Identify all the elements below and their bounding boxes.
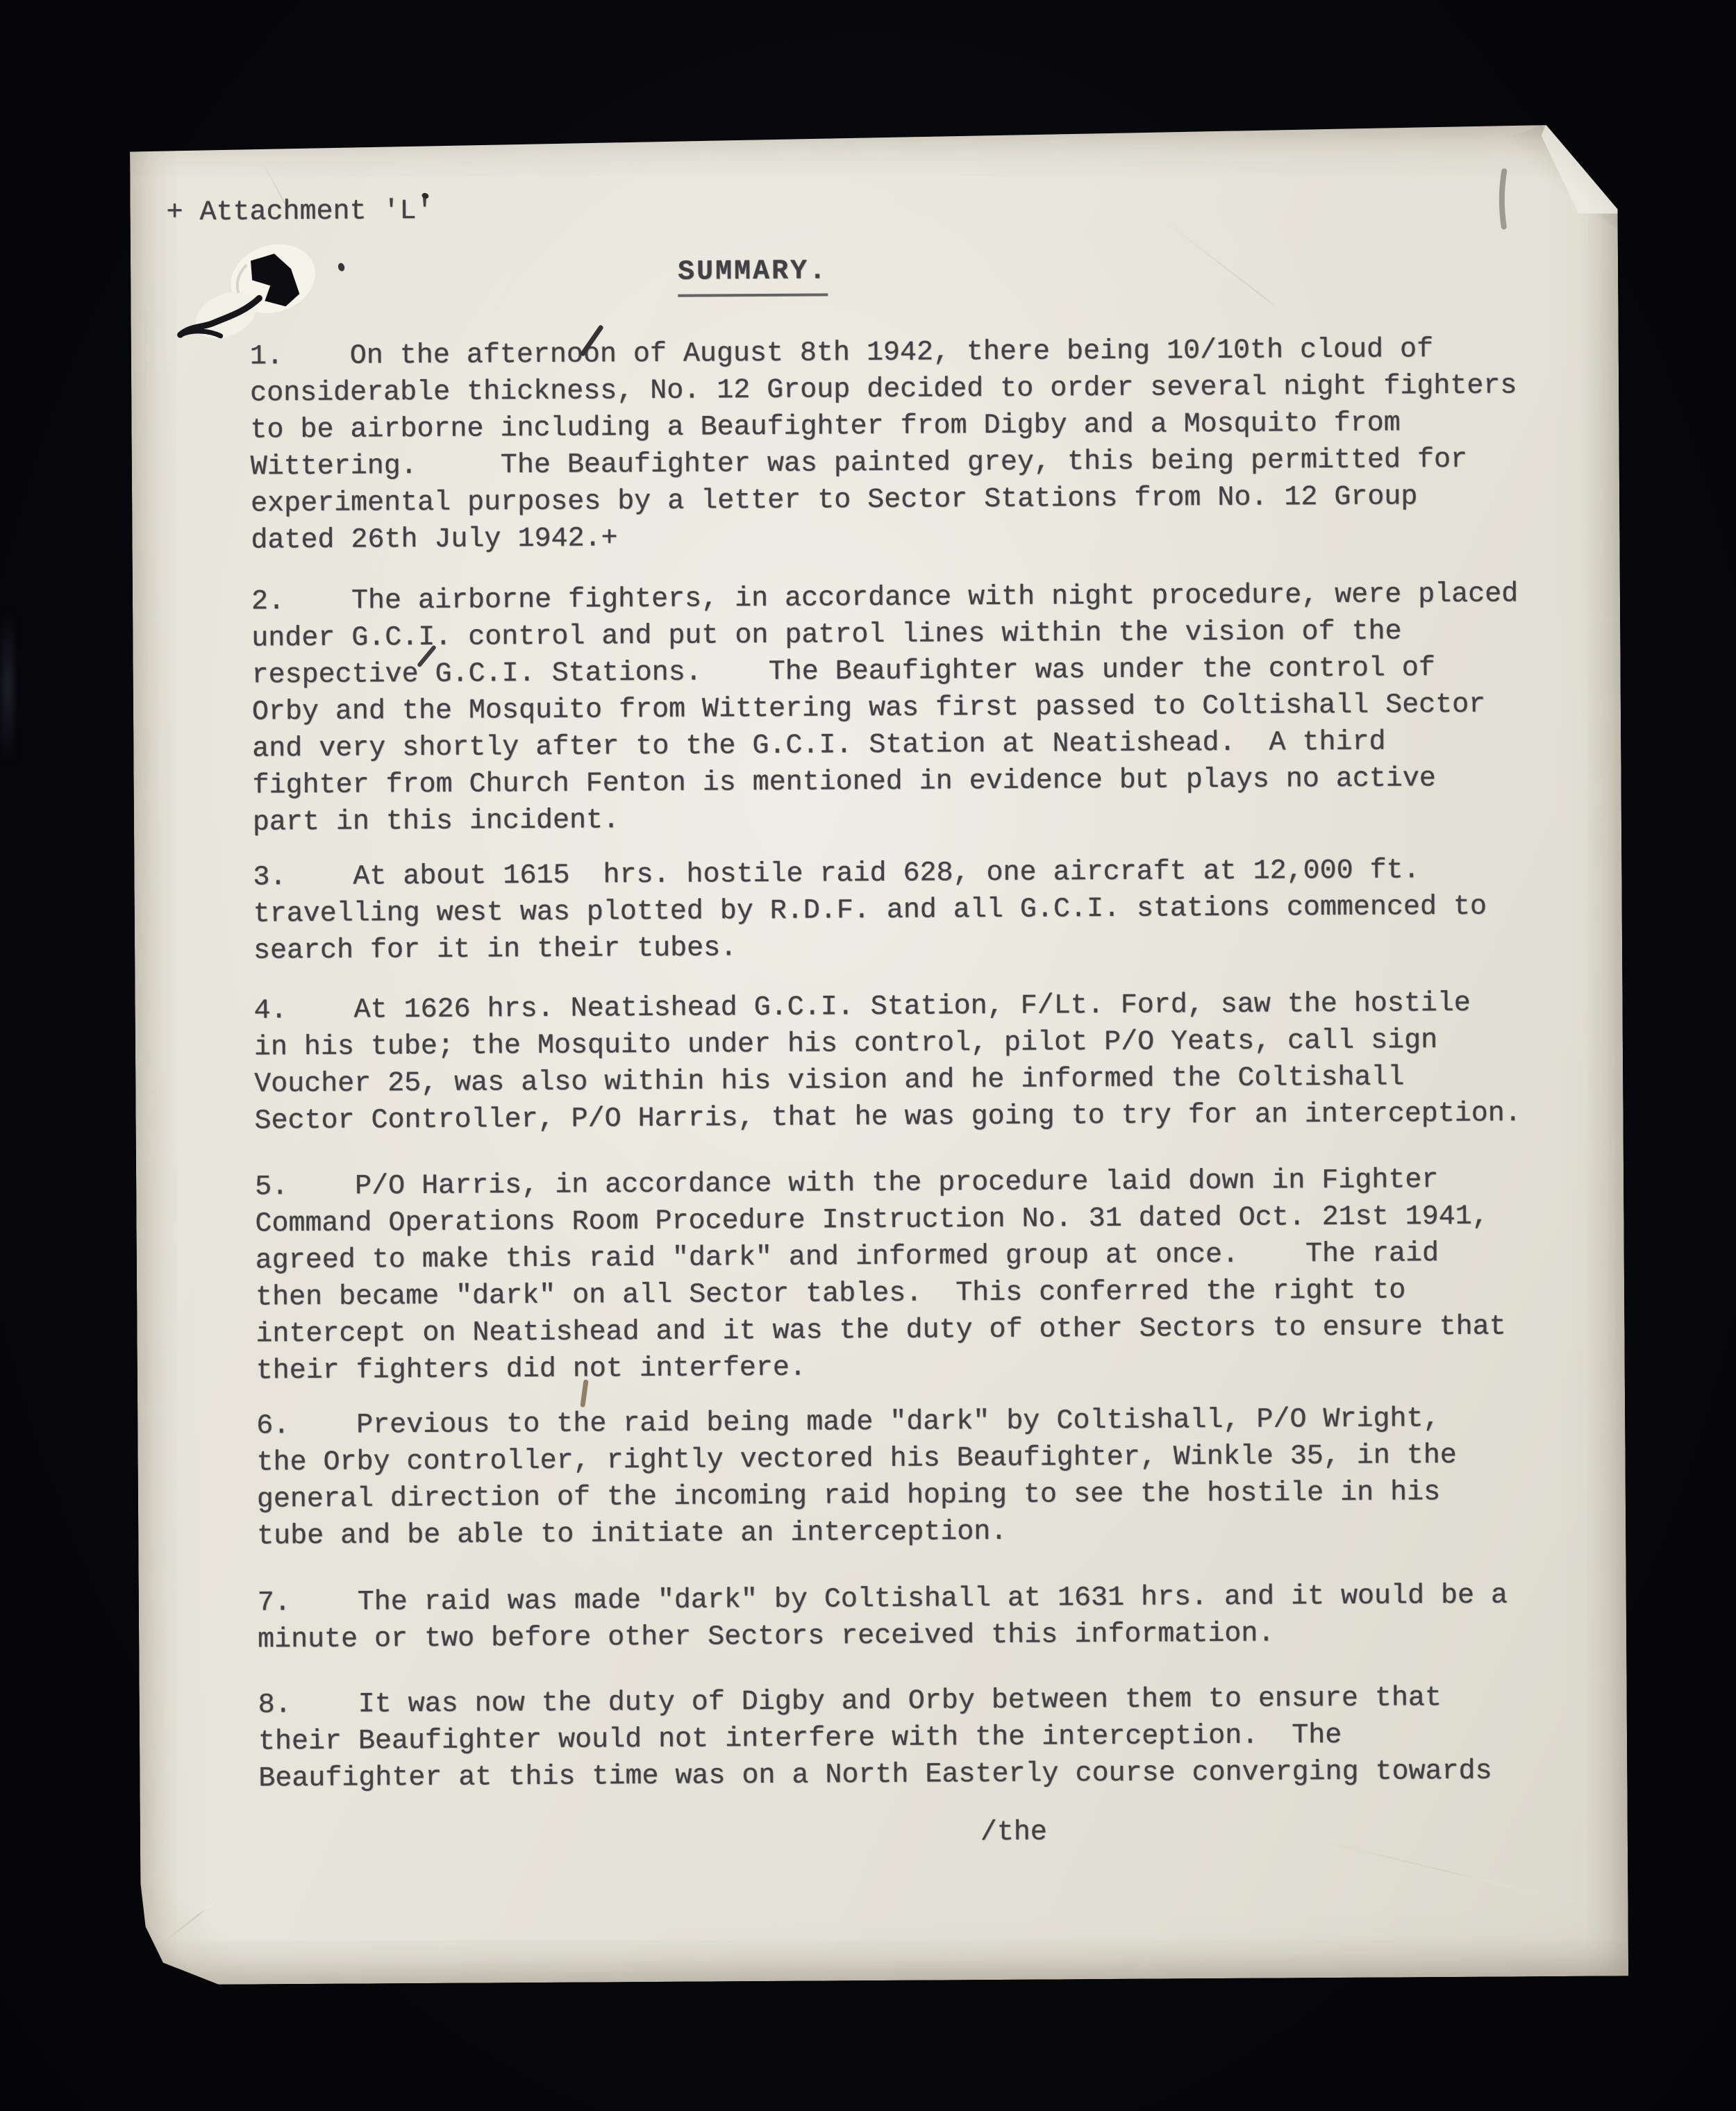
document-page: + Attachment 'L' SUMMARY. 1. On the afte… [130,124,1628,1985]
pencil-page-number [1489,165,1518,235]
paragraph-4: 4. At 1626 hrs. Neatishead G.C.I. Statio… [253,985,1574,1140]
paragraph-3: 3. At about 1615 hrs. hostile raid 628, … [253,851,1573,970]
paragraph-5: 5. P/O Harris, in accordance with the pr… [255,1161,1576,1390]
paragraph-6: 6. Previous to the raid being made "dark… [256,1400,1576,1555]
attachment-label: + Attachment 'L' [166,193,433,231]
scanner-smear [1,611,14,764]
paragraph-7: 7. The raid was made "dark" by Coltishal… [258,1577,1578,1659]
bottom-left-curled-corner [140,1887,245,1985]
paper-tear-hole [169,237,343,349]
paragraph-8: 8. It was now the duty of Digby and Orby… [258,1679,1578,1798]
paper-crease [1291,1833,1642,1920]
scan-background: + Attachment 'L' SUMMARY. 1. On the afte… [0,0,1736,2111]
page-title: SUMMARY. [678,253,828,297]
paragraph-2: 2. The airborne fighters, in accordance … [251,576,1572,842]
paragraph-1: 1. On the afternoon of August 8th 1942, … [250,331,1571,560]
catchword: /the [980,1814,1047,1852]
